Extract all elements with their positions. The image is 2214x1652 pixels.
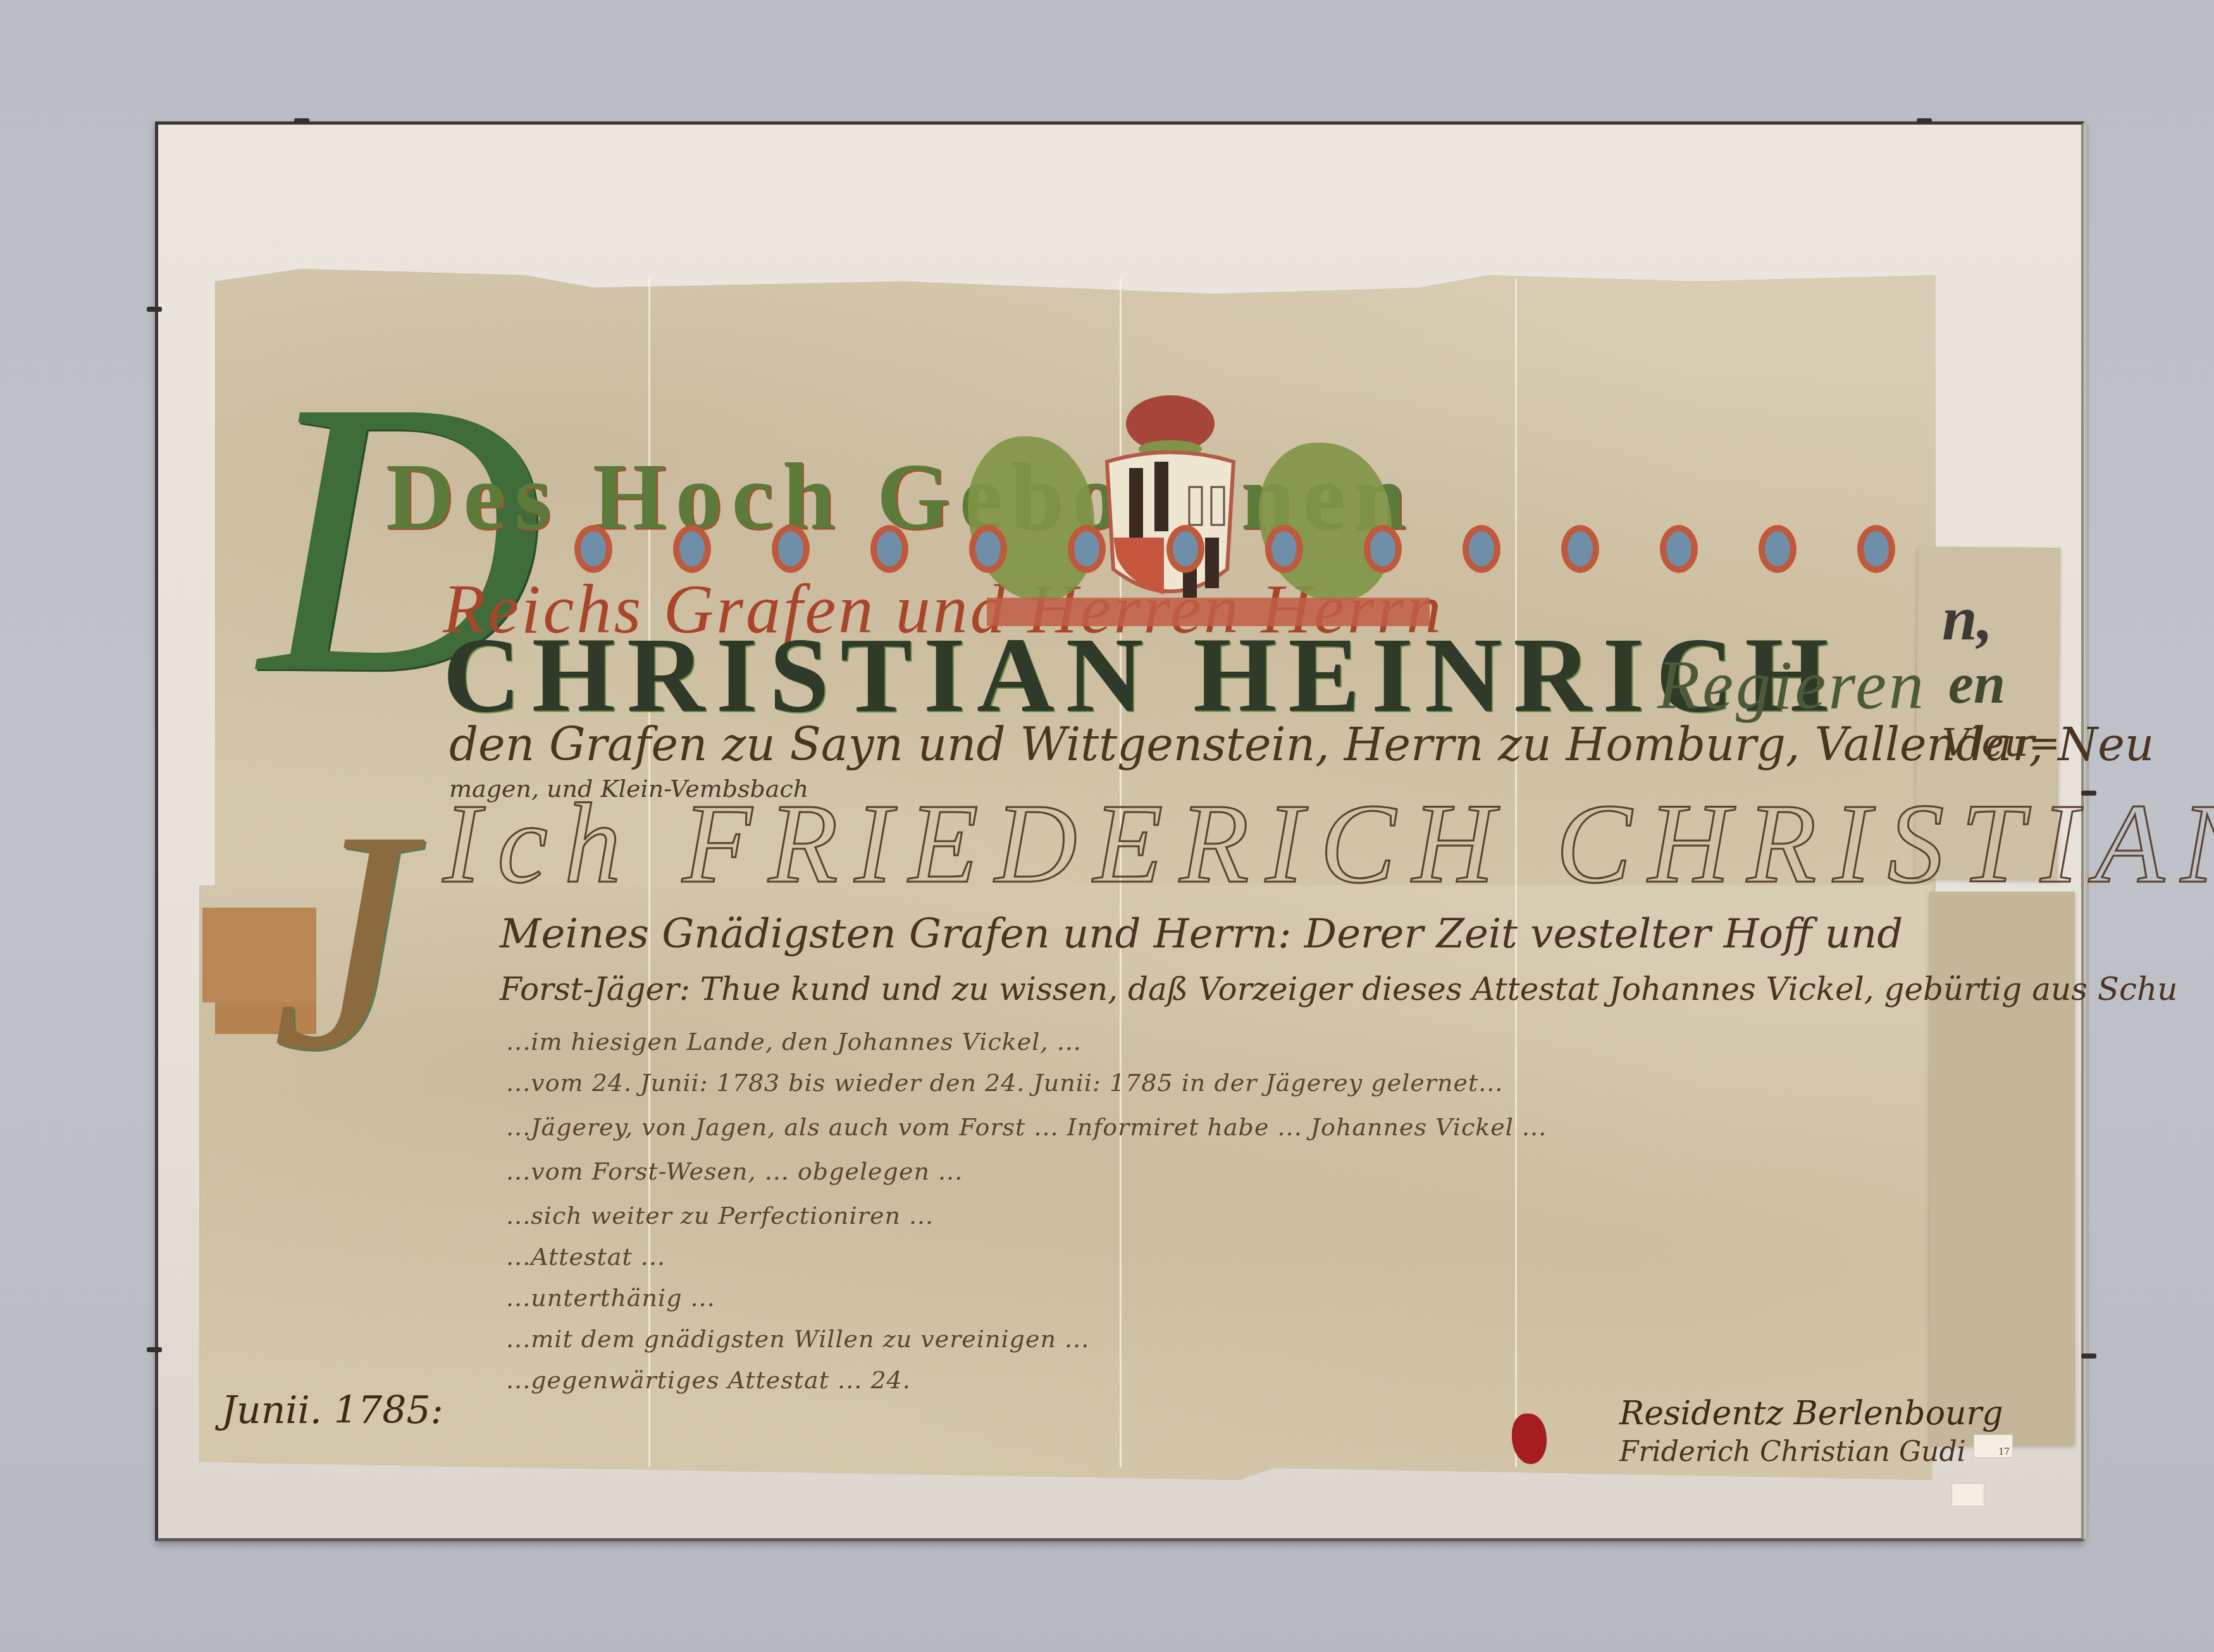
hinge-tab: 17 [1974,1434,2013,1458]
body-first-line: Meines Gnädigsten Grafen und Herrn: Dere… [500,911,1903,958]
closing-date: Junii. 1785: [221,1388,443,1433]
illuminated-initial-i: J [272,759,412,1123]
tab-number: 17 [1998,1447,2010,1457]
fragment-text: en [1948,651,2005,717]
regierenden-word: Regieren [1657,645,1926,725]
fragment-text: n, [1942,582,1993,655]
body-line: ...vom Forst-Wesen, ... obgelegen ... [506,1157,963,1185]
letter-ornament-row [544,525,1936,576]
body-line: ...Jägerey, von Jagen, als auch vom Fors… [506,1113,1547,1141]
body-line: ...unterthänig ... [506,1284,715,1312]
signature: Friderich Christian Gudi [1619,1436,1966,1468]
hinge-tab [1951,1483,1984,1507]
body-line: ...mit dem gnädigsten Willen zu vereinig… [506,1325,1089,1353]
coat-of-arms-icon [1069,386,1271,613]
issuer-name: Ich FRIEDERICH CHRISTIAN GUDI [443,778,2214,909]
residence-place: Residentz Berlenbourg [1619,1395,2003,1433]
body-line: ...gegenwärtiges Attestat ... 24. [506,1366,911,1394]
frame-clip [147,307,162,312]
body-line: ...sich weiter zu Perfectioniren ... [506,1202,934,1230]
frame-clip [2081,1353,2096,1359]
coat-of-arms [1069,386,1271,613]
body-line: ...im hiesigen Lande, den Johannes Vicke… [506,1028,1082,1056]
frame-clip [147,1347,162,1352]
frame-clip [1917,118,1932,123]
body-second-line: Forst-Jäger: Thue kund und zu wissen, da… [500,971,2177,1008]
fragment-text: Vleu= [1942,721,2060,765]
title-line: den Grafen zu Sayn und Wittgenstein, Her… [449,718,2154,771]
frame-clip [294,118,309,123]
body-line: ...Attestat ... [506,1243,665,1271]
